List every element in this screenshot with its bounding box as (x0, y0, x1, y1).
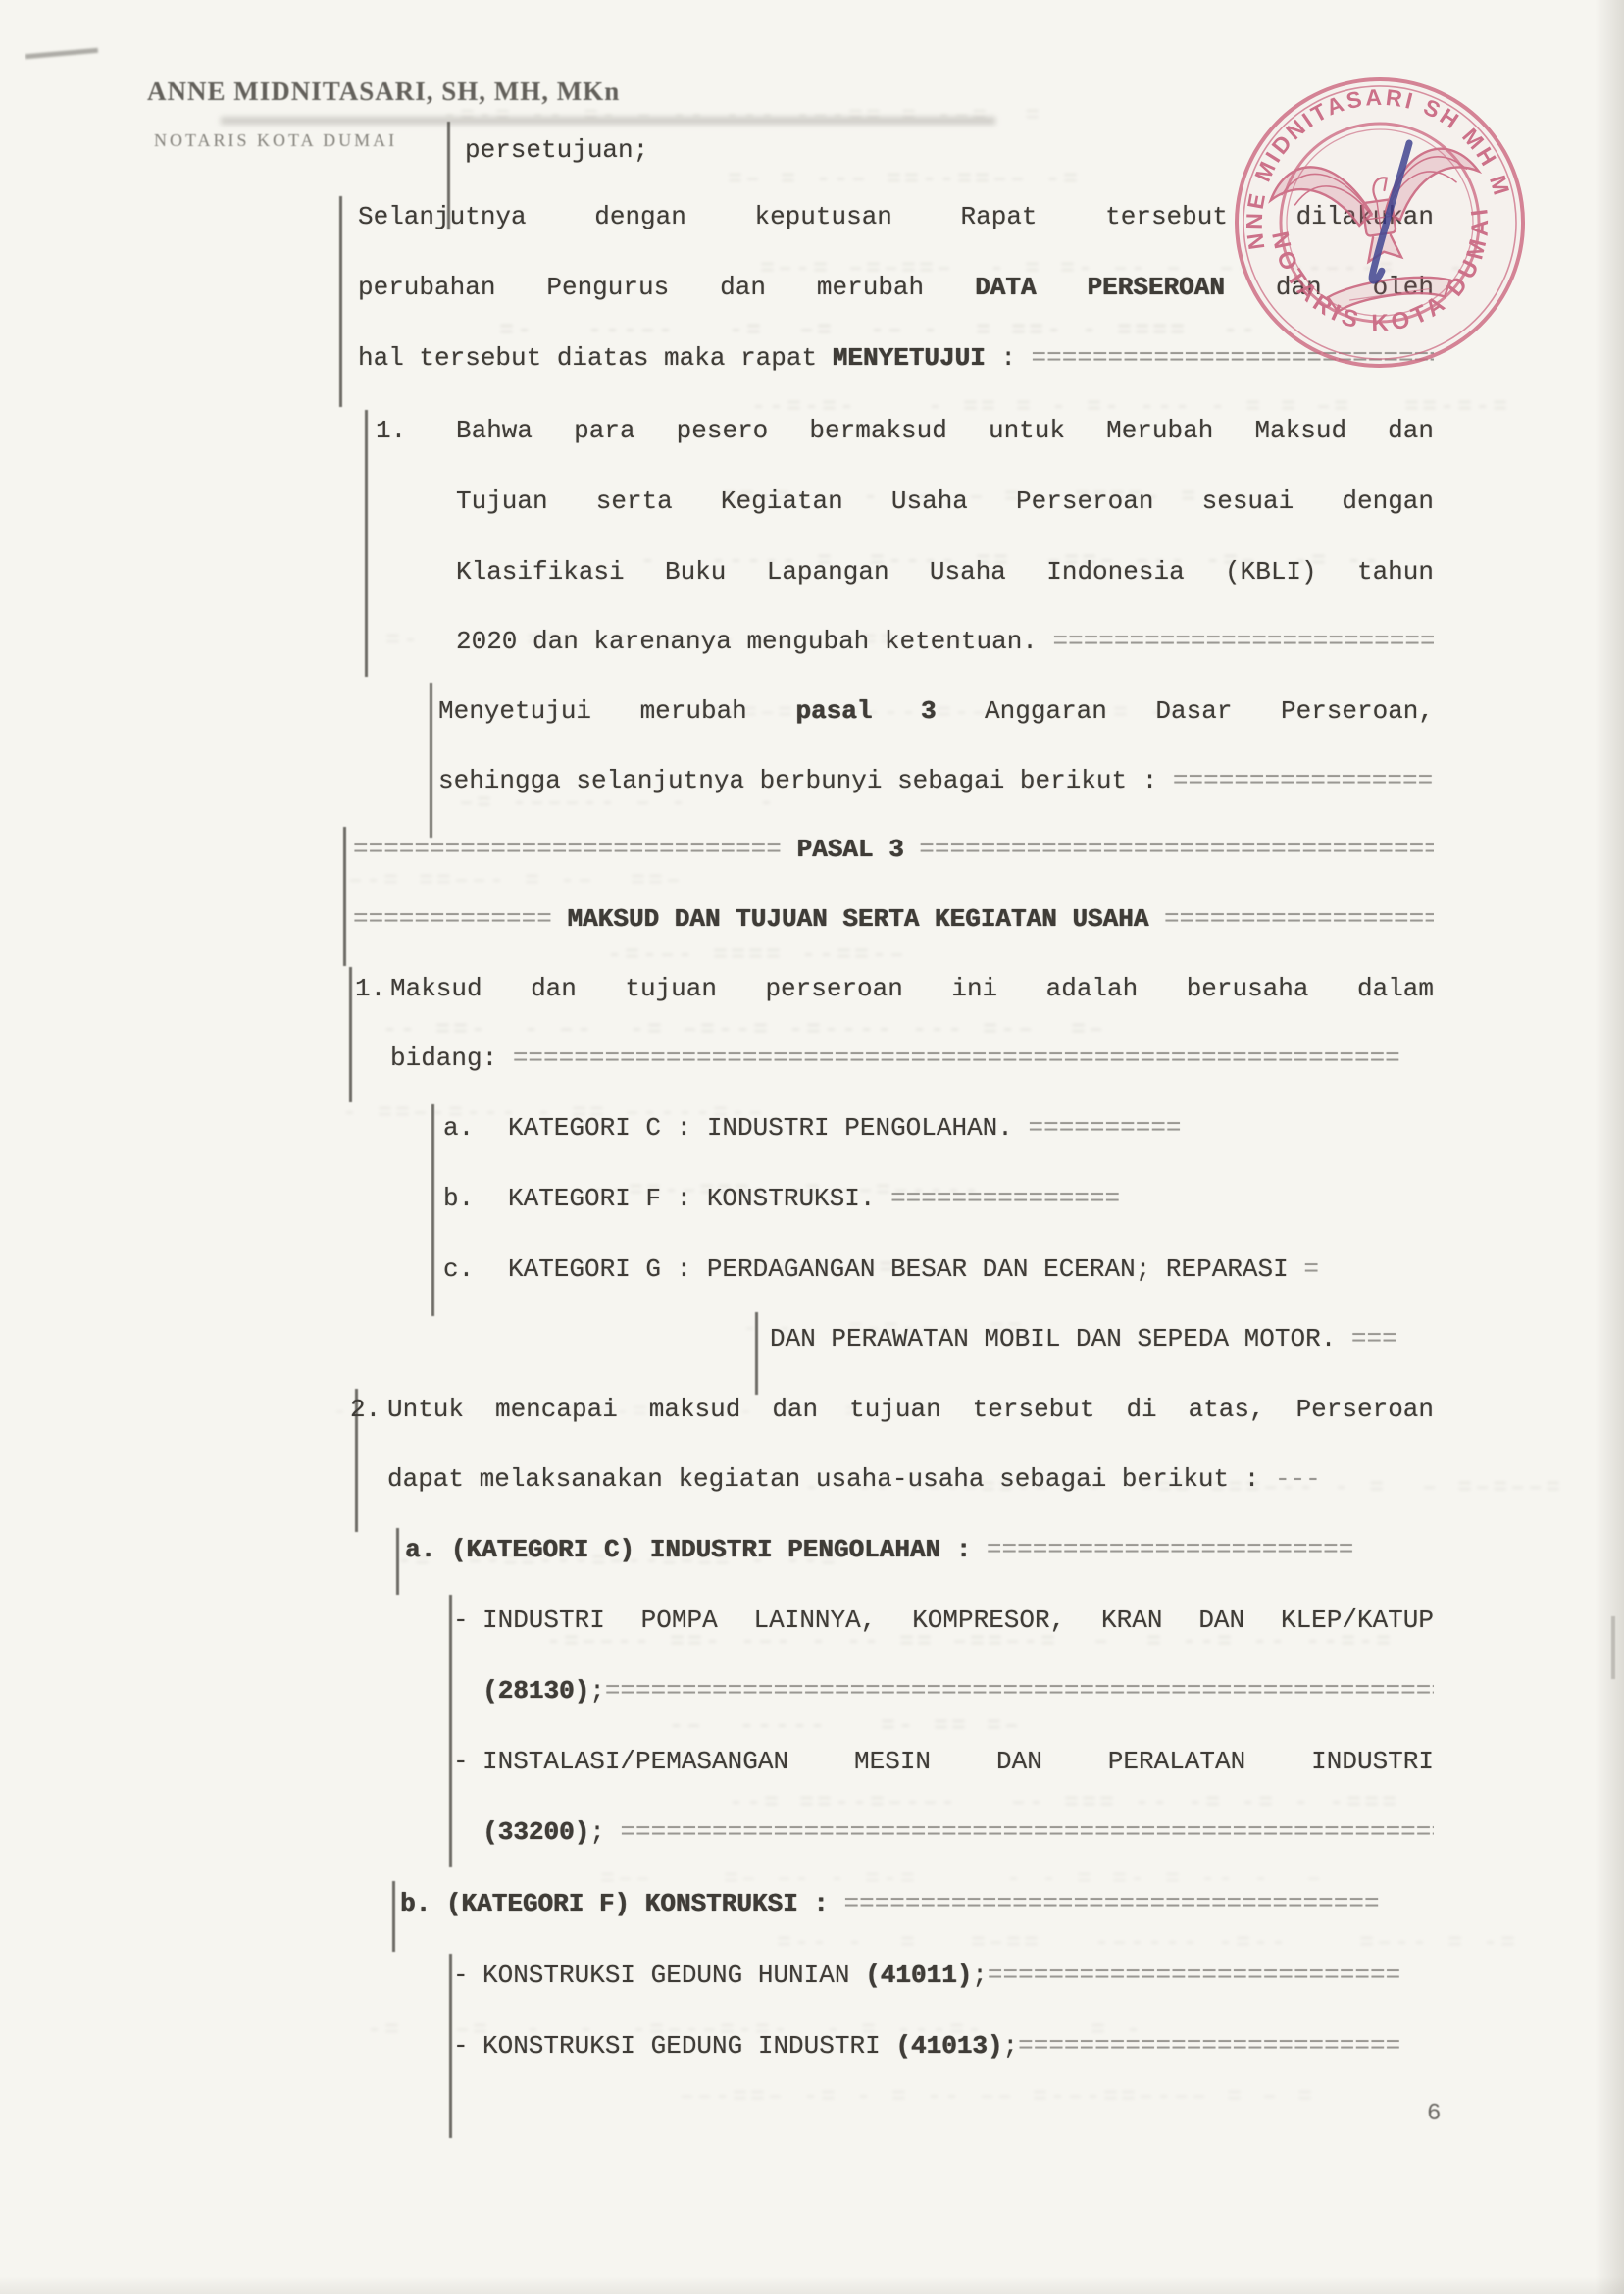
text-line: ============================ PASAL 3 ===… (353, 835, 1434, 868)
text-line: KATEGORI F : KONSTRUKSI. =============== (508, 1184, 1434, 1217)
text-line: 2020 dan karenanya mengubah ketentuan. =… (456, 627, 1434, 660)
text-line: (33200); ===============================… (482, 1817, 1434, 1851)
text-line: bidang: ================================… (390, 1044, 1434, 1077)
text-line: b. (KATEGORI F) KONSTRUKSI : ===========… (400, 1889, 1434, 1922)
text-line: Untuk mencapai maksud dan tujuan tersebu… (387, 1395, 1434, 1428)
text-line: a. (KATEGORI C) INDUSTRI PENGOLAHAN : ==… (405, 1535, 1434, 1568)
text-line: KONSTRUKSI GEDUNG HUNIAN (41011);=======… (482, 1961, 1434, 1994)
text-line: ============= MAKSUD DAN TUJUAN SERTA KE… (353, 904, 1434, 938)
notarial-deed-page: ANNE MIDNITASARI, SH, MH, MKn NOTARIS KO… (0, 0, 1624, 2294)
notary-seal-stamp: ANNE MIDNITASARI SH MH MKn NOTARIS KOTA … (1194, 32, 1566, 412)
text-line: Maksud dan tujuan perseroan ini adalah b… (390, 974, 1434, 1007)
text-line: sehingga selanjutnya berbunyi sebagai be… (438, 766, 1434, 799)
text-line: KONSTRUKSI GEDUNG INDUSTRI (41013);=====… (482, 2031, 1434, 2065)
text-line: Klasifikasi Buku Lapangan Usaha Indonesi… (456, 557, 1434, 590)
text-line: dapat melaksanakan kegiatan usaha-usaha … (387, 1464, 1434, 1498)
page-number: 6 (1427, 2101, 1441, 2127)
text-line: INDUSTRI POMPA LAINNYA, KOMPRESOR, KRAN … (482, 1606, 1434, 1639)
text-line: (28130);================================… (482, 1676, 1434, 1709)
text-line: Tujuan serta Kegiatan Usaha Perseroan se… (456, 486, 1434, 520)
text-line: KATEGORI C : INDUSTRI PENGOLAHAN. ======… (508, 1113, 1434, 1147)
text-line: DAN PERAWATAN MOBIL DAN SEPEDA MOTOR. ==… (770, 1324, 1434, 1357)
text-line: INSTALASI/PEMASANGAN MESIN DAN PERALATAN… (482, 1747, 1434, 1780)
text-line: Bahwa para pesero bermaksud untuk Meruba… (456, 416, 1434, 449)
text-line: KATEGORI G : PERDAGANGAN BESAR DAN ECERA… (508, 1254, 1434, 1288)
text-line: Menyetujui merubah pasal 3 Anggaran Dasa… (438, 696, 1434, 730)
